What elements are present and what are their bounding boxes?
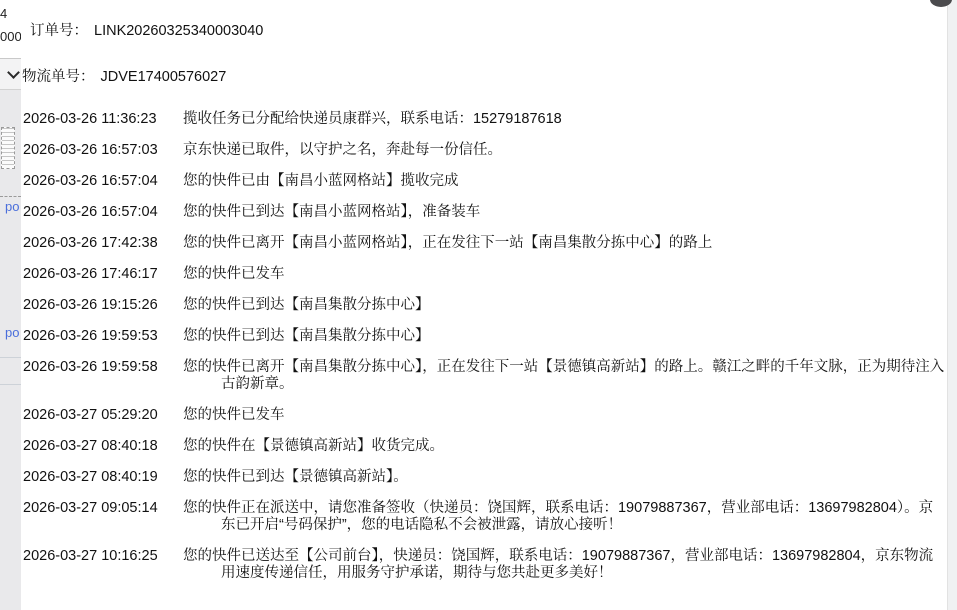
event-timestamp: 2026-03-26 16:57:03 — [23, 142, 183, 159]
event-description: 您的快件已到达【南昌小蓝网格站】，准备装车 — [183, 204, 947, 221]
row-divider — [0, 357, 21, 358]
event-timestamp: 2026-03-27 10:16:25 — [23, 548, 183, 565]
event-description: 您的快件正在派送中，请您准备签收（快递员：饶国辉，联系电话：1907988736… — [183, 500, 947, 534]
image-thumbnail[interactable] — [1, 127, 15, 169]
order-number-value: LINK20260325340003040 — [94, 23, 263, 39]
event-description: 您的快件已发车 — [183, 407, 947, 424]
tracking-event-row: 2026-03-26 19:59:53 您的快件已到达【南昌集散分拣中心】 — [23, 328, 947, 345]
tracking-number-line: 物流单号：JDVE17400576027 — [22, 65, 226, 86]
event-timestamp: 2026-03-26 17:46:17 — [23, 266, 183, 283]
event-timestamp: 2026-03-26 11:36:23 — [23, 111, 183, 128]
tracking-event-row: 2026-03-27 05:29:20 您的快件已发车 — [23, 407, 947, 424]
tracking-detail-page: 4 0003 po po 订单号：LINK20260325340003040 物… — [0, 0, 957, 610]
tracking-event-row: 2026-03-26 17:46:17 您的快件已发车 — [23, 266, 947, 283]
background-filter-row — [0, 59, 21, 90]
dashed-row-divider — [0, 196, 21, 197]
event-timestamp: 2026-03-26 19:59:53 — [23, 328, 183, 345]
event-timestamp: 2026-03-26 19:15:26 — [23, 297, 183, 314]
tracking-event-row: 2026-03-27 08:40:19 您的快件已到达【景德镇高新站】。 — [23, 469, 947, 486]
tracking-event-row: 2026-03-27 08:40:18 您的快件在【景德镇高新站】收货完成。 — [23, 438, 947, 455]
event-description: 您的快件已到达【景德镇高新站】。 — [183, 469, 947, 486]
event-description: 您的快件已由【南昌小蓝网格站】揽收完成 — [183, 173, 947, 190]
event-timestamp: 2026-03-27 08:40:18 — [23, 438, 183, 455]
vertical-scrollbar[interactable] — [947, 0, 957, 610]
tracking-event-row: 2026-03-26 19:59:58 您的快件已离开【南昌集散分拣中心】，正在… — [23, 359, 947, 393]
logistics-panel: 订单号：LINK20260325340003040 物流单号：JDVE17400… — [21, 0, 947, 610]
event-timestamp: 2026-03-26 17:42:38 — [23, 235, 183, 252]
tracking-event-list: 2026-03-26 11:36:23 揽收任务已分配给快递员康群兴，联系电话：… — [23, 111, 947, 596]
tracking-event-row: 2026-03-26 17:42:38 您的快件已离开【南昌小蓝网格站】，正在发… — [23, 235, 947, 252]
order-number-label: 订单号： — [30, 23, 88, 39]
tracking-number-value: JDVE17400576027 — [101, 69, 227, 85]
clipped-file-link[interactable]: po — [5, 325, 19, 340]
tracking-event-row: 2026-03-26 16:57:04 您的快件已由【南昌小蓝网格站】揽收完成 — [23, 173, 947, 190]
event-description: 揽收任务已分配给快递员康群兴，联系电话：15279187618 — [183, 111, 947, 128]
event-description: 您的快件已离开【南昌集散分拣中心】，正在发往下一站【景德镇高新站】的路上。赣江之… — [183, 359, 947, 393]
tracking-number-label: 物流单号： — [22, 69, 95, 85]
event-description: 您的快件已离开【南昌小蓝网格站】，正在发往下一站【南昌集散分拣中心】的路上 — [183, 235, 947, 252]
event-timestamp: 2026-03-26 19:59:58 — [23, 359, 183, 376]
clipped-file-link[interactable]: po — [5, 199, 19, 214]
chevron-down-icon[interactable] — [7, 66, 20, 79]
tracking-event-row: 2026-03-26 19:15:26 您的快件已到达【南昌集散分拣中心】 — [23, 297, 947, 314]
tracking-event-row: 2026-03-27 09:05:14 您的快件正在派送中，请您准备签收（快递员… — [23, 500, 947, 534]
tracking-event-row: 2026-03-26 11:36:23 揽收任务已分配给快递员康群兴，联系电话：… — [23, 111, 947, 128]
event-description: 您的快件在【景德镇高新站】收货完成。 — [183, 438, 947, 455]
thumbnail-content — [2, 128, 14, 168]
order-number-line: 订单号：LINK20260325340003040 — [30, 19, 263, 40]
event-timestamp: 2026-03-27 05:29:20 — [23, 407, 183, 424]
tracking-event-row: 2026-03-26 16:57:03 京东快递已取件，以守护之名，奔赴每一份信… — [23, 142, 947, 159]
event-timestamp: 2026-03-26 16:57:04 — [23, 173, 183, 190]
event-description: 您的快件已发车 — [183, 266, 947, 283]
tracking-event-row: 2026-03-26 16:57:04 您的快件已到达【南昌小蓝网格站】，准备装… — [23, 204, 947, 221]
background-table-sliver: 4 0003 po po — [0, 0, 21, 610]
event-description: 京东快递已取件，以守护之名，奔赴每一份信任。 — [183, 142, 947, 159]
background-cell-top: 4 0003 — [0, 0, 21, 59]
event-timestamp: 2026-03-26 16:57:04 — [23, 204, 183, 221]
clipped-text-fragment: 4 — [0, 6, 7, 21]
event-description: 您的快件已送达至【公司前台】，快递员：饶国辉，联系电话：19079887367，… — [183, 548, 947, 582]
event-description: 您的快件已到达【南昌集散分拣中心】 — [183, 328, 947, 345]
event-timestamp: 2026-03-27 08:40:19 — [23, 469, 183, 486]
tracking-event-row: 2026-03-27 10:16:25 您的快件已送达至【公司前台】，快递员：饶… — [23, 548, 947, 582]
row-divider — [0, 384, 21, 385]
event-description: 您的快件已到达【南昌集散分拣中心】 — [183, 297, 947, 314]
event-timestamp: 2026-03-27 09:05:14 — [23, 500, 183, 517]
